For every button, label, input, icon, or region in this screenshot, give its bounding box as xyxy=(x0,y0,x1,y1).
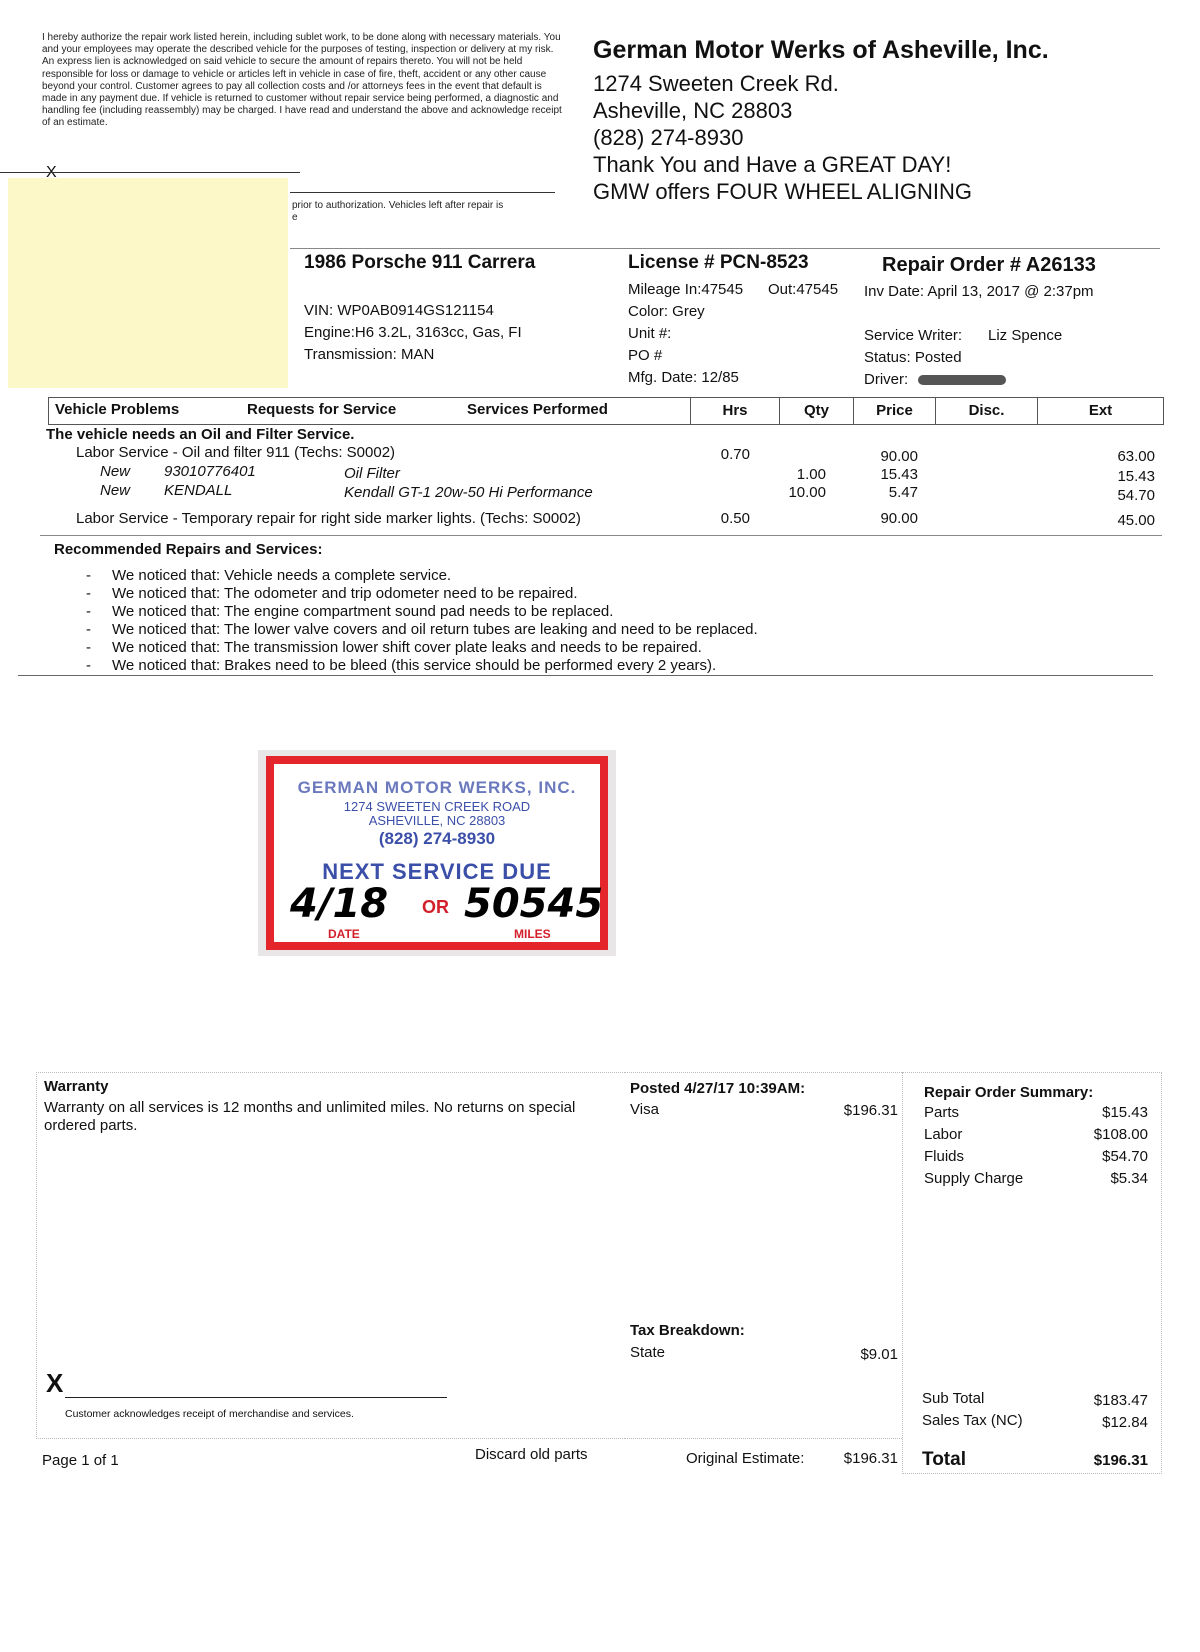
line-price: 90.00 xyxy=(860,448,918,465)
partial-terms-line-1: prior to authorization. Vehicles left af… xyxy=(292,200,503,212)
recommendation-item: -We noticed that: Vehicle needs a comple… xyxy=(86,567,451,584)
header-vehicle-problems: Vehicle Problems xyxy=(55,401,179,418)
summary-fluids-label: Fluids xyxy=(924,1148,964,1165)
order-status: Status: Posted xyxy=(864,349,962,366)
subtotal-value: $183.47 xyxy=(1040,1392,1148,1409)
header-services-performed: Services Performed xyxy=(467,401,608,418)
header-price: Price xyxy=(853,397,936,425)
divider xyxy=(18,675,1153,676)
recommendation-item: -We noticed that: Brakes need to be blee… xyxy=(86,657,716,674)
page-number: Page 1 of 1 xyxy=(42,1452,119,1469)
partial-terms-line-2: e xyxy=(292,212,503,224)
payment-method: Visa xyxy=(630,1101,659,1118)
sticker-values: 4/18 OR 50545 xyxy=(274,885,600,933)
line-qty: 1.00 xyxy=(770,466,826,483)
header-disc: Disc. xyxy=(935,397,1038,425)
total-label: Total xyxy=(922,1449,966,1471)
original-estimate-label: Original Estimate: xyxy=(686,1450,804,1467)
divider xyxy=(290,192,555,193)
invoice-date: Inv Date: April 13, 2017 @ 2:37pm xyxy=(864,283,1094,300)
table-header-left: Vehicle Problems Requests for Service Se… xyxy=(48,397,691,425)
summary-labor-value: $108.00 xyxy=(1040,1126,1148,1143)
payment-box xyxy=(624,1072,902,1439)
next-service-sticker: GERMAN MOTOR WERKS, INC. 1274 SWEETEN CR… xyxy=(258,750,616,956)
line-type: New xyxy=(100,463,130,480)
sales-tax-value: $12.84 xyxy=(1040,1414,1148,1431)
line-ext: 54.70 xyxy=(1060,487,1155,504)
posted-date: Posted 4/27/17 10:39AM: xyxy=(630,1080,805,1097)
discard-parts: Discard old parts xyxy=(475,1446,588,1463)
shop-address-2: Asheville, NC 28803 xyxy=(593,98,792,124)
vehicle-engine: Engine:H6 3.2L, 3163cc, Gas, FI xyxy=(304,324,522,341)
summary-labor-label: Labor xyxy=(924,1126,962,1143)
line-hrs: 0.70 xyxy=(700,446,750,463)
recommendation-text: We noticed that: The engine compartment … xyxy=(112,603,613,620)
recommendation-item: -We noticed that: The transmission lower… xyxy=(86,639,702,656)
authorization-text: I hereby authorize the repair work liste… xyxy=(42,32,562,130)
sticker-date-label: DATE xyxy=(328,927,360,941)
sales-tax-label: Sales Tax (NC) xyxy=(922,1412,1023,1429)
line-price: 90.00 xyxy=(860,510,918,527)
header-requests: Requests for Service xyxy=(247,401,396,418)
vehicle-transmission: Transmission: MAN xyxy=(304,346,434,363)
summary-title: Repair Order Summary: xyxy=(924,1084,1093,1101)
warranty-title: Warranty xyxy=(44,1078,108,1095)
acknowledge-text: Customer acknowledges receipt of merchan… xyxy=(65,1408,354,1420)
line-desc: Kendall GT-1 20w-50 Hi Performance xyxy=(344,484,593,501)
service-writer: Liz Spence xyxy=(988,327,1062,344)
summary-fluids-value: $54.70 xyxy=(1040,1148,1148,1165)
warranty-text: Warranty on all services is 12 months an… xyxy=(44,1099,614,1135)
line-desc: Labor Service - Oil and filter 911 (Tech… xyxy=(76,444,395,461)
driver-redacted xyxy=(918,375,1006,385)
tax-state-label: State xyxy=(630,1344,665,1361)
payment-amount: $196.31 xyxy=(800,1102,898,1119)
signature-mark-bottom: X xyxy=(46,1368,63,1399)
divider xyxy=(290,248,1160,249)
sticker-address-1: 1274 SWEETEN CREEK ROAD xyxy=(274,800,600,814)
divider xyxy=(40,535,1162,536)
vehicle-vin: VIN: WP0AB0914GS121154 xyxy=(304,302,494,319)
shop-name: German Motor Werks of Asheville, Inc. xyxy=(593,36,1049,65)
line-desc: Labor Service - Temporary repair for rig… xyxy=(76,510,581,527)
unit-number: Unit #: xyxy=(628,325,671,342)
summary-supply-value: $5.34 xyxy=(1040,1170,1148,1187)
shop-tagline-2: GMW offers FOUR WHEEL ALIGNING xyxy=(593,179,972,205)
signature-line-bottom xyxy=(65,1397,447,1398)
line-qty: 10.00 xyxy=(770,484,826,501)
sticky-note-redaction xyxy=(8,178,288,388)
subtotal-label: Sub Total xyxy=(922,1390,984,1407)
summary-parts-value: $15.43 xyxy=(1040,1104,1148,1121)
original-estimate-value: $196.31 xyxy=(800,1450,898,1467)
recommendation-item: -We noticed that: The engine compartment… xyxy=(86,603,613,620)
line-price: 15.43 xyxy=(860,466,918,483)
header-ext: Ext xyxy=(1037,397,1164,425)
line-part: 93010776401 xyxy=(164,463,256,480)
line-part: KENDALL xyxy=(164,482,232,499)
recommendation-text: We noticed that: Brakes need to be bleed… xyxy=(112,657,716,674)
sticker-or: OR xyxy=(422,897,449,918)
sticker-phone: (828) 274-8930 xyxy=(274,829,600,849)
header-hrs: Hrs xyxy=(690,397,780,425)
license-number: License # PCN-8523 xyxy=(628,252,809,274)
driver-label: Driver: xyxy=(864,371,908,388)
vehicle-color: Color: Grey xyxy=(628,303,705,320)
repair-order-number: Repair Order # A26133 xyxy=(882,254,1096,277)
mfg-date: Mfg. Date: 12/85 xyxy=(628,369,739,386)
shop-address-1: 1274 Sweeten Creek Rd. xyxy=(593,71,839,97)
recommendation-text: We noticed that: Vehicle needs a complet… xyxy=(112,567,451,584)
summary-parts-label: Parts xyxy=(924,1104,959,1121)
section-title: The vehicle needs an Oil and Filter Serv… xyxy=(46,426,354,443)
sticker-miles-value: 50545 xyxy=(464,881,603,927)
line-desc: Oil Filter xyxy=(344,465,400,482)
line-price: 5.47 xyxy=(860,484,918,501)
sticker-miles-label: MILES xyxy=(514,927,551,941)
line-hrs: 0.50 xyxy=(700,510,750,527)
line-ext: 63.00 xyxy=(1060,448,1155,465)
shop-tagline-1: Thank You and Have a GREAT DAY! xyxy=(593,152,951,178)
header-qty: Qty xyxy=(779,397,854,425)
partial-terms-text: prior to authorization. Vehicles left af… xyxy=(292,200,503,224)
recommendation-text: We noticed that: The transmission lower … xyxy=(112,639,702,656)
shop-phone: (828) 274-8930 xyxy=(593,125,743,151)
recommendation-text: We noticed that: The odometer and trip o… xyxy=(112,585,578,602)
signature-line-top xyxy=(0,172,300,173)
mileage-out: Out:47545 xyxy=(768,281,838,298)
po-number: PO # xyxy=(628,347,662,364)
summary-supply-label: Supply Charge xyxy=(924,1170,1023,1187)
recommendation-text: We noticed that: The lower valve covers … xyxy=(112,621,758,638)
tax-state-value: $9.01 xyxy=(800,1346,898,1363)
mileage-in: Mileage In:47545 xyxy=(628,281,743,298)
service-writer-label: Service Writer: xyxy=(864,327,962,344)
sticker-date-value: 4/18 xyxy=(290,881,388,927)
sticker-shop-name: GERMAN MOTOR WERKS, INC. xyxy=(274,778,600,798)
line-type: New xyxy=(100,482,130,499)
sticker-labels: DATE MILES xyxy=(274,933,600,947)
tax-breakdown-title: Tax Breakdown: xyxy=(630,1322,745,1339)
line-ext: 45.00 xyxy=(1060,512,1155,529)
sticker-address-2: ASHEVILLE, NC 28803 xyxy=(274,814,600,828)
recommendation-item: -We noticed that: The lower valve covers… xyxy=(86,621,758,638)
recommendation-item: -We noticed that: The odometer and trip … xyxy=(86,585,578,602)
vehicle-title: 1986 Porsche 911 Carrera xyxy=(304,252,535,274)
sticker-frame: GERMAN MOTOR WERKS, INC. 1274 SWEETEN CR… xyxy=(266,756,608,950)
recommended-title: Recommended Repairs and Services: xyxy=(54,541,322,558)
total-value: $196.31 xyxy=(1040,1452,1148,1469)
line-ext: 15.43 xyxy=(1060,468,1155,485)
